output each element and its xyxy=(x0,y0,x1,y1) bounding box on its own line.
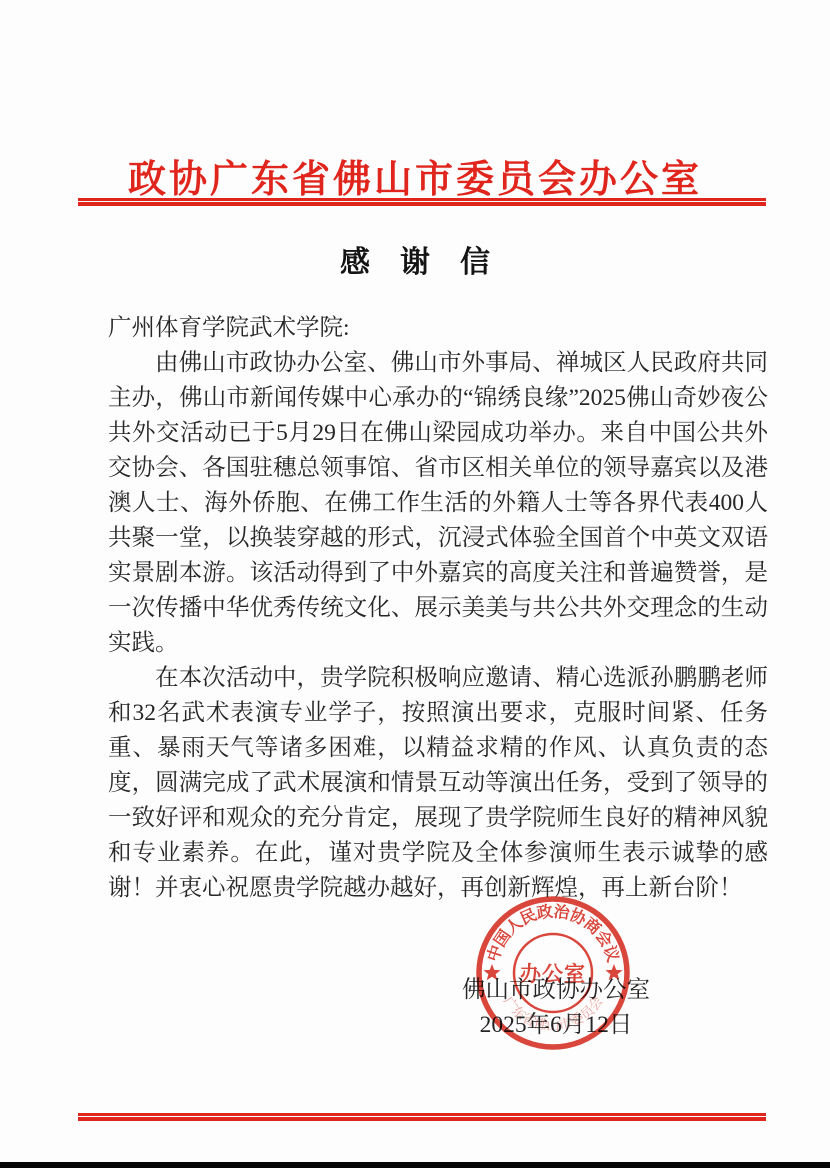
salutation: 广州体育学院武术学院: xyxy=(108,311,768,346)
official-seal: 中国人民政治协商会议 广东省佛山市委员会 办公室 xyxy=(473,893,633,1053)
seal-center-text: 办公室 xyxy=(520,962,586,986)
letter-body: 广州体育学院武术学院: 由佛山市政协办公室、佛山市外事局、禅城区人民政府共同主办… xyxy=(108,311,768,906)
page-bottom-edge xyxy=(0,1162,830,1168)
letter-page: 政协广东省佛山市委员会办公室 感 谢 信 广州体育学院武术学院: 由佛山市政协办… xyxy=(0,0,830,1168)
seal-star-right-icon xyxy=(605,964,622,980)
footer-rule xyxy=(78,1113,766,1121)
letterhead-rule xyxy=(78,198,766,206)
letterhead-title: 政协广东省佛山市委员会办公室 xyxy=(0,148,830,203)
paragraph-1: 由佛山市政协办公室、佛山市外事局、禅城区人民政府共同主办，佛山市新闻传媒中心承办… xyxy=(108,346,768,661)
letter-title: 感 谢 信 xyxy=(0,237,830,281)
paragraph-2: 在本次活动中，贵学院积极响应邀请、精心选派孙鹏鹏老师和32名武术表演专业学子，按… xyxy=(108,661,768,906)
seal-star-left-icon xyxy=(483,964,500,980)
